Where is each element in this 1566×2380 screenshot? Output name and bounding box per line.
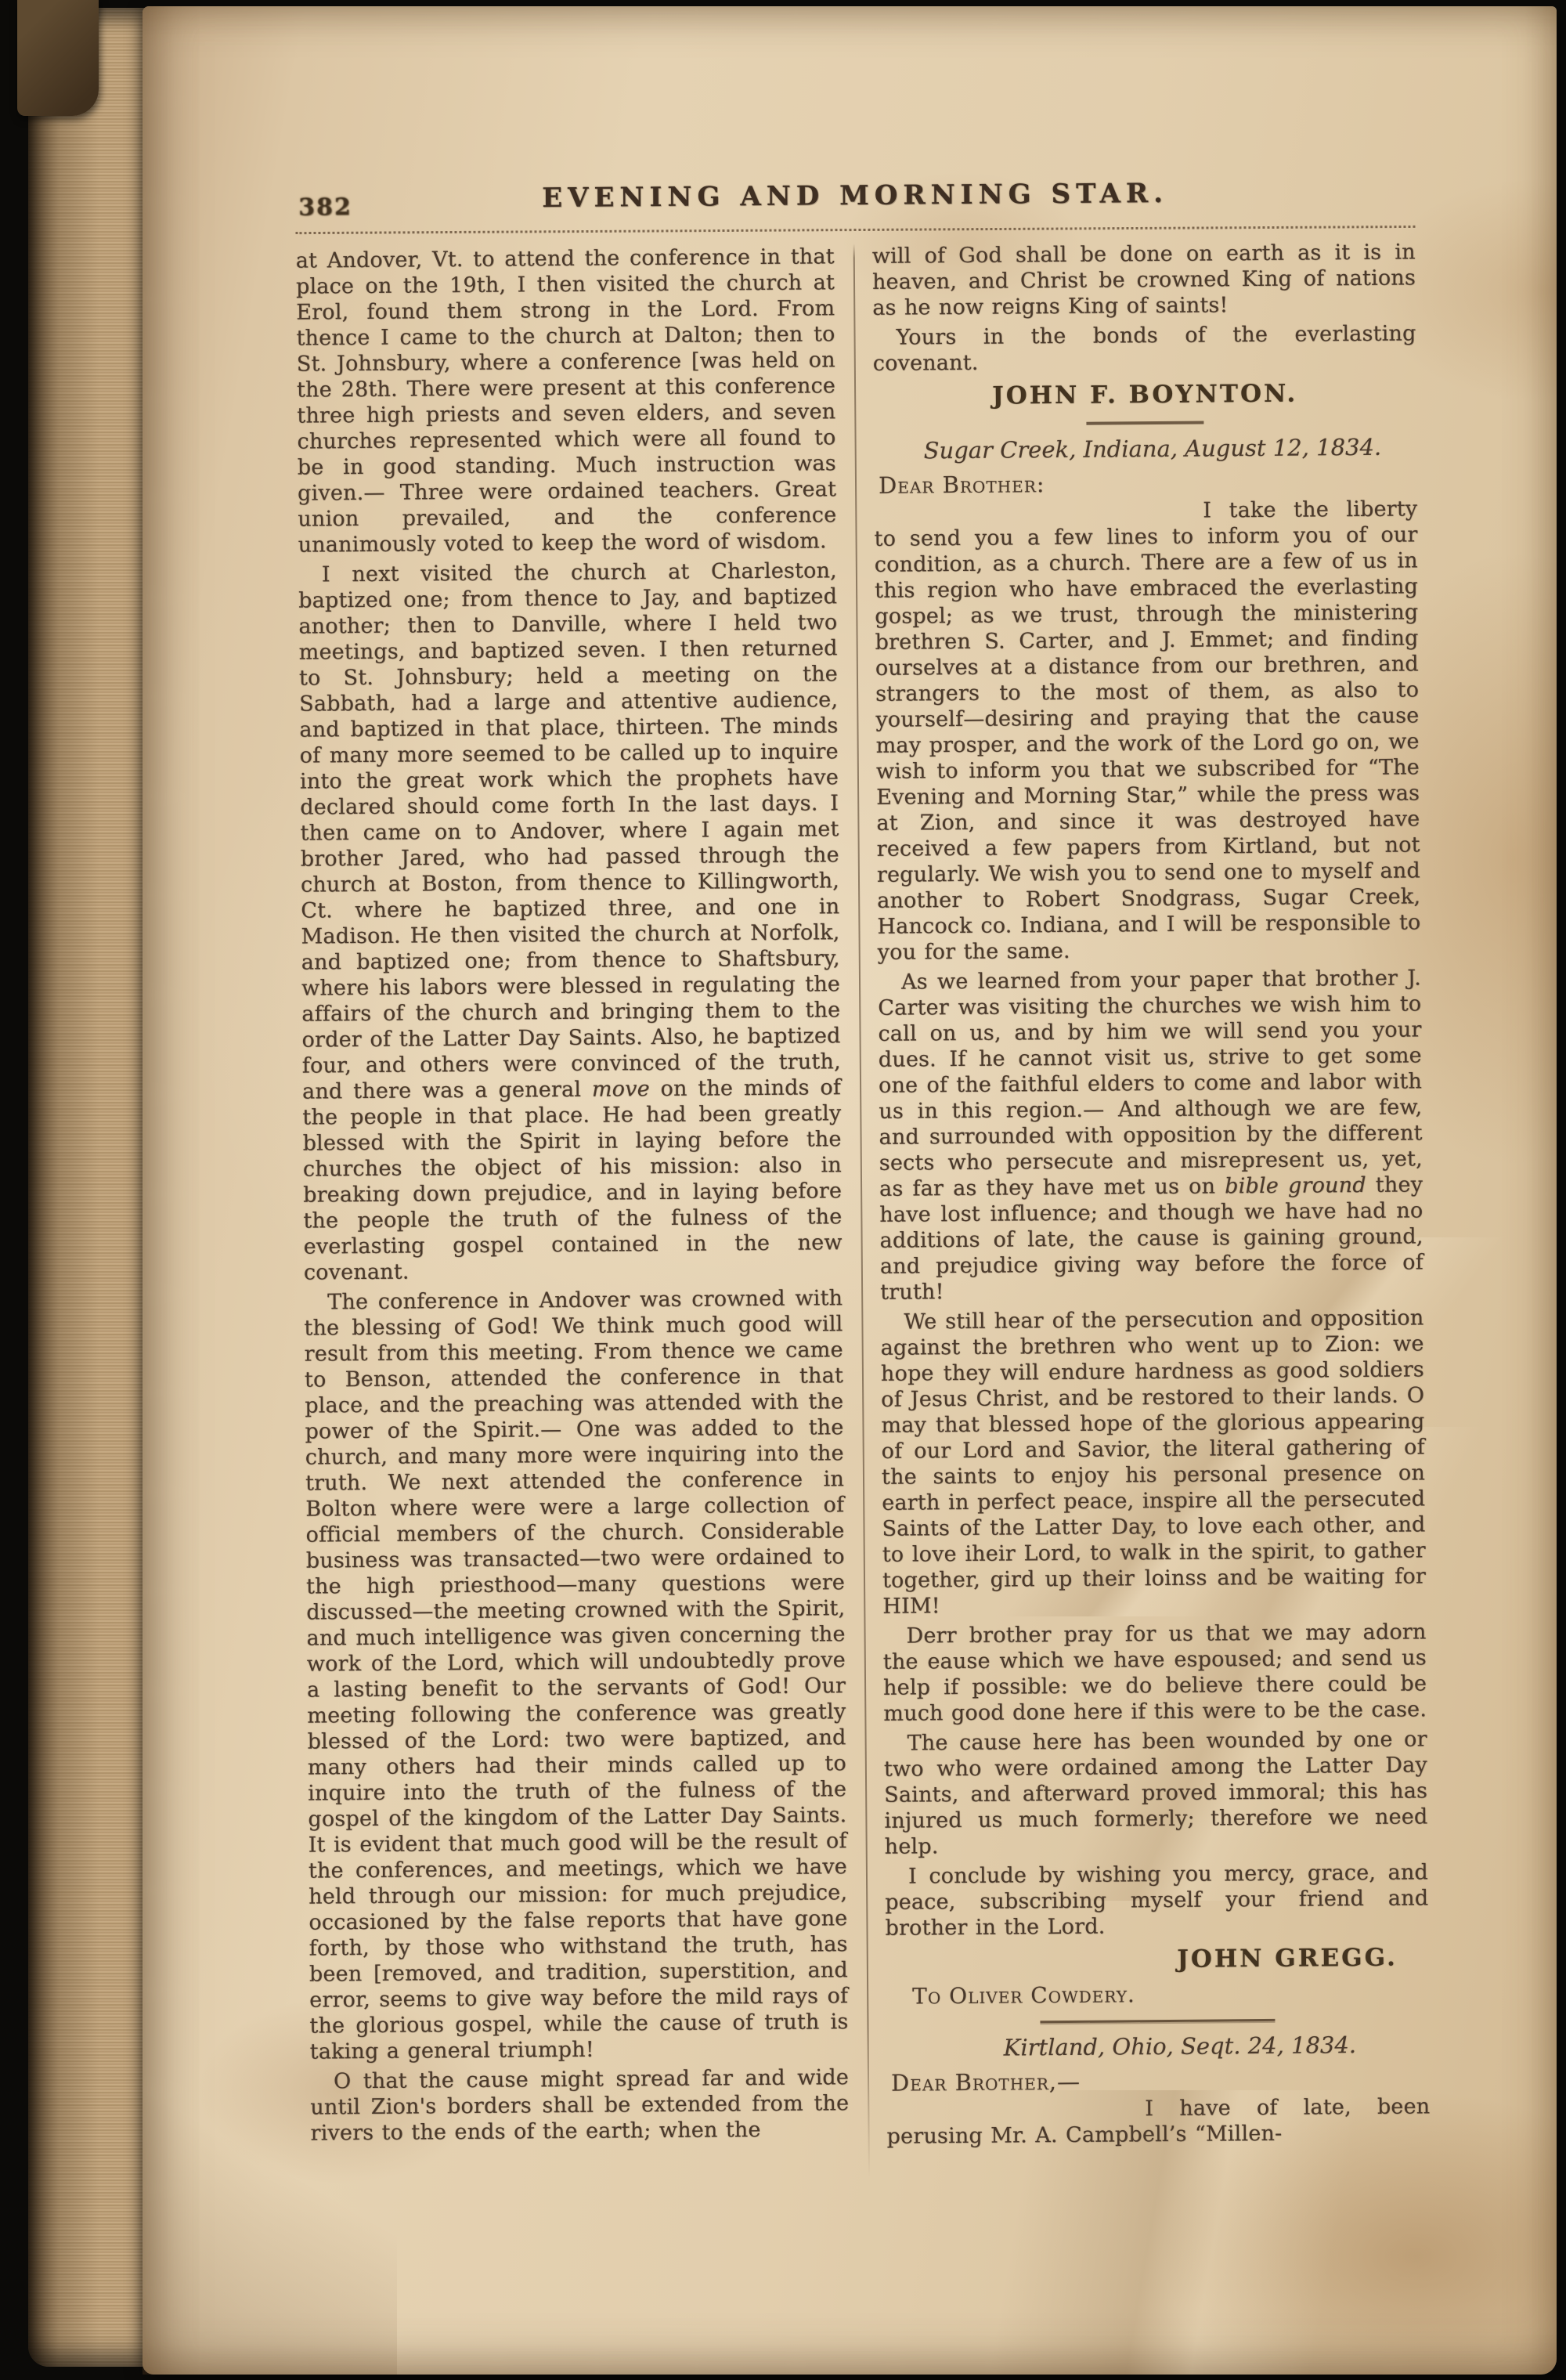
columns: at Andover, Vt. to attend the conference… [296,239,1431,2182]
addressee-line: To Oliver Cowdery. [886,1979,1429,2009]
salutation: Dear Brother,— [886,2065,1430,2096]
dateline-sugar-creek: Sugar Creek, Indiana, August 12, 1834. [874,433,1417,464]
paragraph: I have of late, been perusing Mr. A. Cam… [886,2093,1430,2149]
column-divider-rule [853,244,870,2178]
salutation: Dear Brother: [874,468,1417,498]
section-rule [1086,421,1203,425]
dateline-kirtland: Kirtland, Ohio, Seqt. 24, 1834. [886,2031,1430,2061]
italic-phrase: bible ground [1225,1173,1366,1198]
page-title: EVENING AND MORNING STAR. [295,175,1415,215]
book-spine-corner [17,0,99,116]
paragraph: We still hear of the persecution and opp… [880,1305,1426,1619]
paragraph-text: As we learned from your paper that broth… [878,966,1423,1201]
newspaper-page: 382 EVENING AND MORNING STAR. at Andover… [143,6,1557,2375]
text-block: 382 EVENING AND MORNING STAR. at Andover… [295,175,1431,2182]
section-rule [1040,2019,1275,2023]
paragraph: I conclude by wishing you mercy, grace, … [885,1859,1429,1941]
book-page-edges [28,8,147,2367]
paragraph: Derr brother pray for us that we may ado… [882,1619,1427,1726]
page-header: 382 EVENING AND MORNING STAR. [295,175,1415,228]
signature-gregg: JOHN GREGG. [886,1943,1429,1975]
paragraph: will of God shall be done on earth as it… [872,239,1416,320]
paragraph: at Andover, Vt. to attend the conference… [296,244,837,558]
paragraph: O that the cause might spread far and wi… [310,2064,850,2146]
left-column: at Andover, Vt. to attend the conference… [296,244,850,2182]
paragraph: I take the liberty to send you a few lin… [874,496,1421,965]
paragraph: The conference in Andover was crowned wi… [304,1285,849,2064]
paragraph: As we learned from your paper that broth… [878,965,1423,1305]
right-column: will of God shall be done on earth as it… [872,239,1431,2177]
paragraph: The cause here has been wounded by one o… [884,1726,1428,1859]
paragraph-text: on the minds of the people in that place… [302,1075,843,1284]
page-number: 382 [298,193,352,222]
signature-boynton: JOHN F. BOYNTON. [873,378,1416,410]
paragraph-text: I next visited the church at Charleston,… [298,558,841,1103]
paragraph: I next visited the church at Charleston,… [298,558,843,1285]
italic-word: move [592,1077,650,1102]
scanned-book-photo: 382 EVENING AND MORNING STAR. at Andover… [0,0,1566,2380]
paragraph: Yours in the bonds of the everlasting co… [872,320,1416,376]
